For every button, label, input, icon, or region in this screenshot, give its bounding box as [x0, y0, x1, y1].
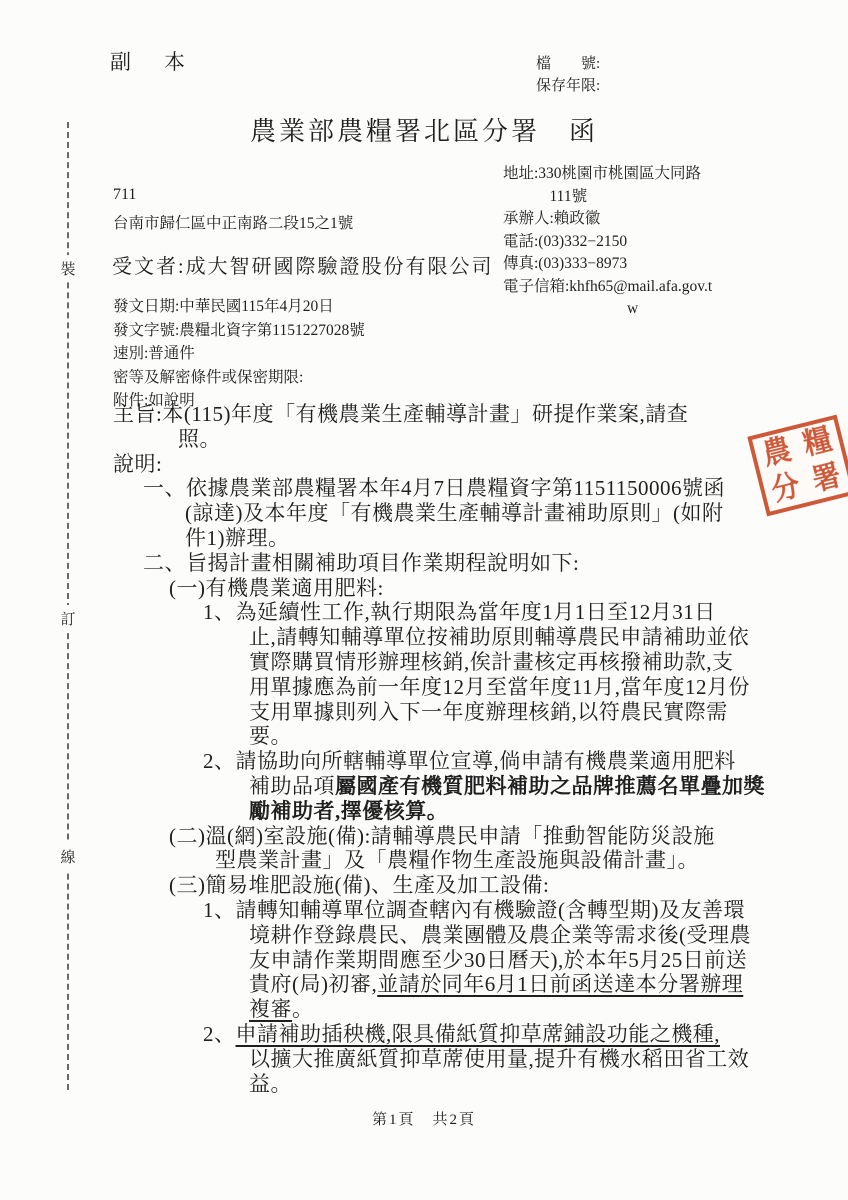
recipient-zip: 711	[113, 186, 136, 204]
contact-email: 電子信箱:khfh65@mail.afa.gov.t w	[503, 276, 843, 321]
seal-char: 農	[760, 435, 794, 470]
copy-label: 副 本	[110, 46, 191, 76]
issue-date: 發文日期:中華民國115年4月20日	[113, 295, 365, 319]
sub-item-3-point-1: 1、請轉知輔導單位調查轄內有機驗證(含轉型期)及友善環 境耕作登錄農民、農業團體…	[203, 898, 825, 1022]
point-2-prefix: 2、	[203, 1022, 236, 1046]
sub-item-1-point-2: 2、請協助向所轄輔導單位宣導,倘申請有機農業適用肥料 補助品項屬國產有機質肥料補…	[203, 749, 825, 823]
sub-item-3-point-2: 2、申請補助插秧機,限具備紙質抑草蓆鋪設功能之機種, 以擴大推廣紙質抑草蓆使用量…	[203, 1022, 825, 1096]
contact-fax: 傳真:(03)333−8973	[503, 253, 843, 276]
binding-mark-zhuang: 裝	[58, 255, 78, 282]
sub-item-2: (二)溫(網)室設施(備):請輔導農民申請「推動智能防災設施 型農業計畫」及「農…	[169, 824, 825, 874]
seal-char: 糧	[801, 425, 835, 460]
recipient-label: 受文者:	[112, 256, 186, 278]
seal-char: 分	[769, 471, 803, 506]
sub-item-3-title: (三)簡易堆肥設施(備)、生產及加工設備:	[169, 873, 825, 898]
subject-label: 主旨:	[113, 402, 162, 426]
recipient-name: 成大智研國際驗證股份有限公司	[186, 256, 494, 278]
explanation-item-2: 二、旨揭計畫相關補助項目作業期程說明如下:	[143, 551, 825, 576]
document-title: 農業部農糧署北區分署 函	[0, 111, 848, 148]
subject-paragraph: 主旨:本(115)年度「有機農業生產輔導計畫」研提作業案,請查 照。	[113, 402, 825, 452]
document-number: 發文字號:農糧北資字第1151227028號	[113, 319, 365, 343]
agency-contact-block: 地址:330桃園市桃園區大同路 111號 承辦人:賴政徽 電話:(03)332−…	[503, 163, 843, 321]
priority-level: 速別:普通件	[113, 342, 365, 366]
point-1-tail-text: 。	[292, 997, 314, 1021]
security-classification: 密等及解密條件或保密期限:	[113, 366, 365, 390]
point-2-rest-text: 以擴大推廣紙質抑草蓆使用量,提升有機水稻田省工效 益。	[249, 1047, 749, 1096]
file-number-block: 檔 號: 保存年限:	[536, 53, 600, 97]
sub-item-1-title: (一)有機農業適用肥料:	[169, 576, 825, 601]
binding-mark-xian: 線	[58, 843, 78, 870]
subject-text: 本(115)年度「有機農業生產輔導計畫」研提作業案,請查 照。	[162, 402, 688, 451]
page-number-footer: 第1頁 共2頁	[0, 1108, 848, 1129]
point-2-underlined-text: 申請補助插秧機,限具備紙質抑草蓆鋪設功能之機種,	[236, 1022, 721, 1046]
letter-body: 主旨:本(115)年度「有機農業生產輔導計畫」研提作業案,請查 照。 說明: 一…	[113, 402, 825, 1096]
scanned-official-letter-page: 裝 訂 線 副 本 檔 號: 保存年限: 農業部農糧署北區分署 函 地址:330…	[0, 0, 848, 1200]
document-meta-block: 發文日期:中華民國115年4月20日 發文字號:農糧北資字第1151227028…	[113, 295, 365, 413]
contact-phone: 電話:(03)332−2150	[503, 231, 843, 254]
recipient-line: 受文者:成大智研國際驗證股份有限公司	[112, 250, 494, 279]
agency-address: 地址:330桃園市桃園區大同路 111號	[503, 163, 843, 208]
recipient-street-address: 台南市歸仁區中正南路二段15之1號	[113, 211, 353, 233]
sub-item-1-point-1: 1、為延續性工作,執行期限為當年度1月1日至12月31日 止,請轉知輔導單位按補…	[203, 600, 825, 749]
explanation-item-1: 一、依據農業部農糧署本年4月7日農糧資字第1151150006號函 (諒達)及本…	[143, 476, 825, 550]
seal-char: 署	[810, 461, 844, 496]
file-number-label: 檔 號:	[536, 53, 600, 75]
retention-period-label: 保存年限:	[536, 75, 600, 97]
binding-mark-ding: 訂	[58, 605, 78, 632]
contact-officer: 承辦人:賴政徽	[503, 208, 843, 231]
explanation-label: 說明:	[113, 452, 825, 477]
